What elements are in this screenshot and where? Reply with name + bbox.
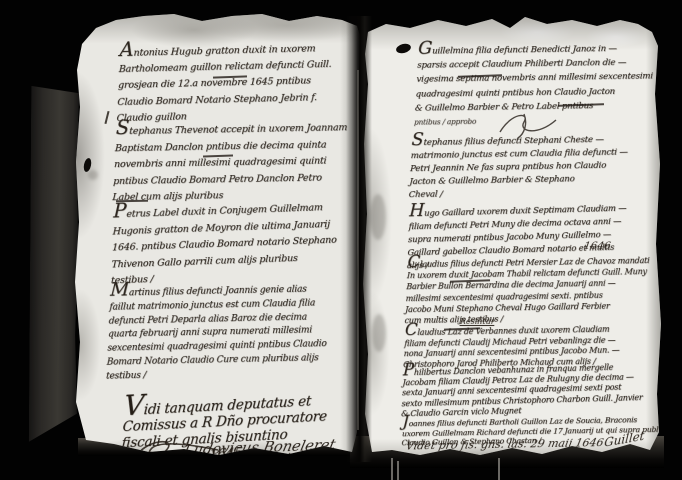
binding-thread bbox=[498, 458, 500, 480]
year-note: 1646 bbox=[583, 240, 611, 252]
ink-scratch bbox=[104, 111, 109, 124]
gutter-page-edge bbox=[357, 70, 359, 430]
paper-smudge bbox=[88, 170, 98, 180]
paper-smudge bbox=[372, 314, 386, 352]
page-mark: 4 bbox=[202, 12, 208, 23]
gutter-crease bbox=[346, 16, 372, 462]
manuscript-entry: Antonius Hugub gratton duxit in uxorem B… bbox=[116, 40, 360, 127]
manuscript-entry: Philibertus Danclon vebanhunaz in franqu… bbox=[401, 360, 659, 420]
manuscript-entry: Claudius filius defuncti Petri Mersier L… bbox=[404, 254, 662, 327]
left-page: 4 Antonius Hugub gratton duxit in uxorem… bbox=[74, 12, 360, 462]
ink-blot bbox=[395, 42, 412, 54]
manuscript-entry: Stephanus Thevenot accepit in uxorem Joa… bbox=[112, 120, 360, 207]
binding-thread bbox=[391, 458, 393, 480]
manuscript-entry: Petrus Label duxit in Conjugem Guillelma… bbox=[111, 198, 360, 290]
manuscript-entry: Martinus filius defuncti Joannis genie a… bbox=[106, 281, 360, 384]
manuscript-scan: 4 Antonius Hugub gratton duxit in uxorem… bbox=[0, 0, 682, 480]
right-page: Guillelmina filia defuncti Benedicti Jan… bbox=[362, 14, 664, 466]
manuscript-entry: Stephanus filius defuncti Stephani Chest… bbox=[408, 133, 659, 202]
book-spine bbox=[29, 86, 79, 442]
paper-smudge bbox=[370, 194, 386, 240]
binding-thread bbox=[397, 461, 399, 480]
